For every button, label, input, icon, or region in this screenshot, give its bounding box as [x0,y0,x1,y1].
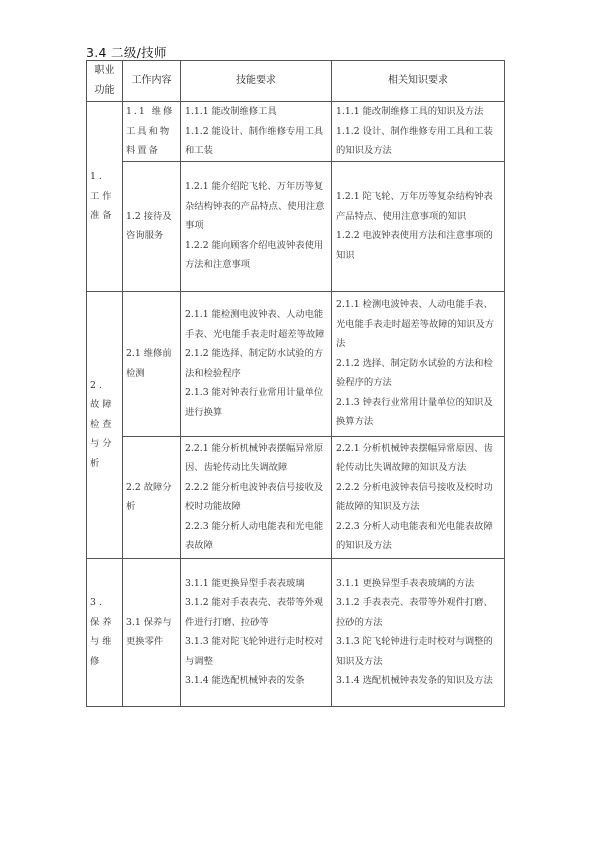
content-cell: 1.1 维修工具和物料置备 [123,102,181,162]
knowledge-item: 2.1.1 检测电波钟表、人动电能手表、光电能手表走时超差等故障的知识及方法 [336,295,500,354]
knowledge-cell: 1.1.1 能改制维修工具的知识及方法 1.1.2 设计、制作维修专用工具和工装… [332,102,505,162]
skills-cell: 2.1.1 能检测电波钟表、人动电能手表、光电能手表走时超差等故障 2.1.2 … [181,291,332,436]
content-cell: 3.1 保养与更换零件 [123,558,181,706]
skills-cell: 1.1.1 能改制维修工具 1.1.2 能设计、制作维修专用工具和工装 [181,102,332,162]
skill-item: 1.1.1 能改制维修工具 [185,102,327,122]
header-knowledge: 相关知识要求 [332,61,505,102]
skill-item: 1.2.2 能向顾客介绍电波钟表使用方法和注意事项 [185,236,327,275]
function-cell: 2. 故障检查与分析 [87,291,123,558]
function-cell: 1. 工作准备 [87,102,123,292]
skills-cell: 1.2.1 能介绍陀飞轮、万年历等复杂结构钟表的产品特点、使用注意事项 1.2.… [181,161,332,291]
knowledge-item: 3.1.1 更换异型手表表玻璃的方法 [336,574,500,594]
skill-item: 2.2.1 能分析机械钟表摆幅异常原因、齿轮传动比失调故障 [185,439,327,478]
skill-item: 3.1.2 能对手表表壳、表带等外观件进行打磨、拉砂等 [185,593,327,632]
content-cell: 2.1 维修前检测 [123,291,181,436]
skills-cell: 2.2.1 能分析机械钟表摆幅异常原因、齿轮传动比失调故障 2.2.2 能分析电… [181,436,332,558]
knowledge-item: 3.1.3 陀飞轮钟进行走时校对与调整的知识及方法 [336,632,500,671]
header-skills: 技能要求 [181,61,332,102]
knowledge-item: 3.1.2 手表表壳、表带等外观件打磨、拉砂的方法 [336,593,500,632]
table-row: 1. 工作准备 1.1 维修工具和物料置备 1.1.1 能改制维修工具 1.1.… [87,102,505,162]
knowledge-item: 2.1.3 钟表行业常用计量单位的知识及换算方法 [336,393,500,432]
knowledge-item: 2.2.1 分析机械钟表摆幅异常原因、齿轮传动比失调故障的知识及方法 [336,439,500,478]
skill-item: 2.2.2 能分析电波钟表信号接收及校时功能故障 [185,478,327,517]
skill-item: 1.1.2 能设计、制作维修专用工具和工装 [185,122,327,161]
knowledge-item: 1.1.1 能改制维修工具的知识及方法 [336,102,500,122]
knowledge-item: 3.1.4 选配机械钟表发条的知识及方法 [336,671,500,691]
knowledge-item: 1.2.2 电波钟表使用方法和注意事项的知识 [336,226,500,265]
skill-item: 3.1.3 能对陀飞轮钟进行走时校对与调整 [185,632,327,671]
knowledge-item: 2.2.3 分析人动电能表和光电能表故障的知识及方法 [336,517,500,556]
table-row: 1.2 接待及咨询服务 1.2.1 能介绍陀飞轮、万年历等复杂结构钟表的产品特点… [87,161,505,291]
skill-item: 2.1.3 能对钟表行业常用计量单位进行换算 [185,383,327,422]
skill-item: 3.1.1 能更换异型手表表玻璃 [185,574,327,594]
content-cell: 1.2 接待及咨询服务 [123,161,181,291]
knowledge-item: 2.2.2 分析电波钟表信号接收及校时功能故障的知识及方法 [336,478,500,517]
skill-item: 1.2.1 能介绍陀飞轮、万年历等复杂结构钟表的产品特点、使用注意事项 [185,177,327,236]
knowledge-item: 1.2.1 陀飞轮、万年历等复杂结构钟表产品特点、使用注意事项的知识 [336,187,500,226]
skill-standard-table: 职业功能 工作内容 技能要求 相关知识要求 1. 工作准备 1.1 维修工具和物… [86,60,505,707]
knowledge-cell: 1.2.1 陀飞轮、万年历等复杂结构钟表产品特点、使用注意事项的知识 1.2.2… [332,161,505,291]
knowledge-cell: 2.1.1 检测电波钟表、人动电能手表、光电能手表走时超差等故障的知识及方法 2… [332,291,505,436]
header-content: 工作内容 [123,61,181,102]
knowledge-item: 1.1.2 设计、制作维修专用工具和工装的知识及方法 [336,122,500,161]
table-row: 2.2 故障分析 2.2.1 能分析机械钟表摆幅异常原因、齿轮传动比失调故障 2… [87,436,505,558]
skill-item: 2.2.3 能分析人动电能表和光电能表故障 [185,517,327,556]
knowledge-cell: 3.1.1 更换异型手表表玻璃的方法 3.1.2 手表表壳、表带等外观件打磨、拉… [332,558,505,706]
function-cell: 3. 保养与维修 [87,558,123,706]
content-cell: 2.2 故障分析 [123,436,181,558]
table-header-row: 职业功能 工作内容 技能要求 相关知识要求 [87,61,505,102]
skill-item: 3.1.4 能选配机械钟表的发条 [185,671,327,691]
table-row: 2. 故障检查与分析 2.1 维修前检测 2.1.1 能检测电波钟表、人动电能手… [87,291,505,436]
skills-cell: 3.1.1 能更换异型手表表玻璃 3.1.2 能对手表表壳、表带等外观件进行打磨… [181,558,332,706]
knowledge-cell: 2.2.1 分析机械钟表摆幅异常原因、齿轮传动比失调故障的知识及方法 2.2.2… [332,436,505,558]
skill-item: 2.1.2 能选择、制定防水试验的方法和检验程序 [185,344,327,383]
section-heading: 3.4 二级/技师 [86,43,167,61]
skill-item: 2.1.1 能检测电波钟表、人动电能手表、光电能手表走时超差等故障 [185,305,327,344]
table-row: 3. 保养与维修 3.1 保养与更换零件 3.1.1 能更换异型手表表玻璃 3.… [87,558,505,706]
knowledge-item: 2.1.2 选择、制定防水试验的方法和检验程序的方法 [336,354,500,393]
header-function: 职业功能 [87,61,123,102]
